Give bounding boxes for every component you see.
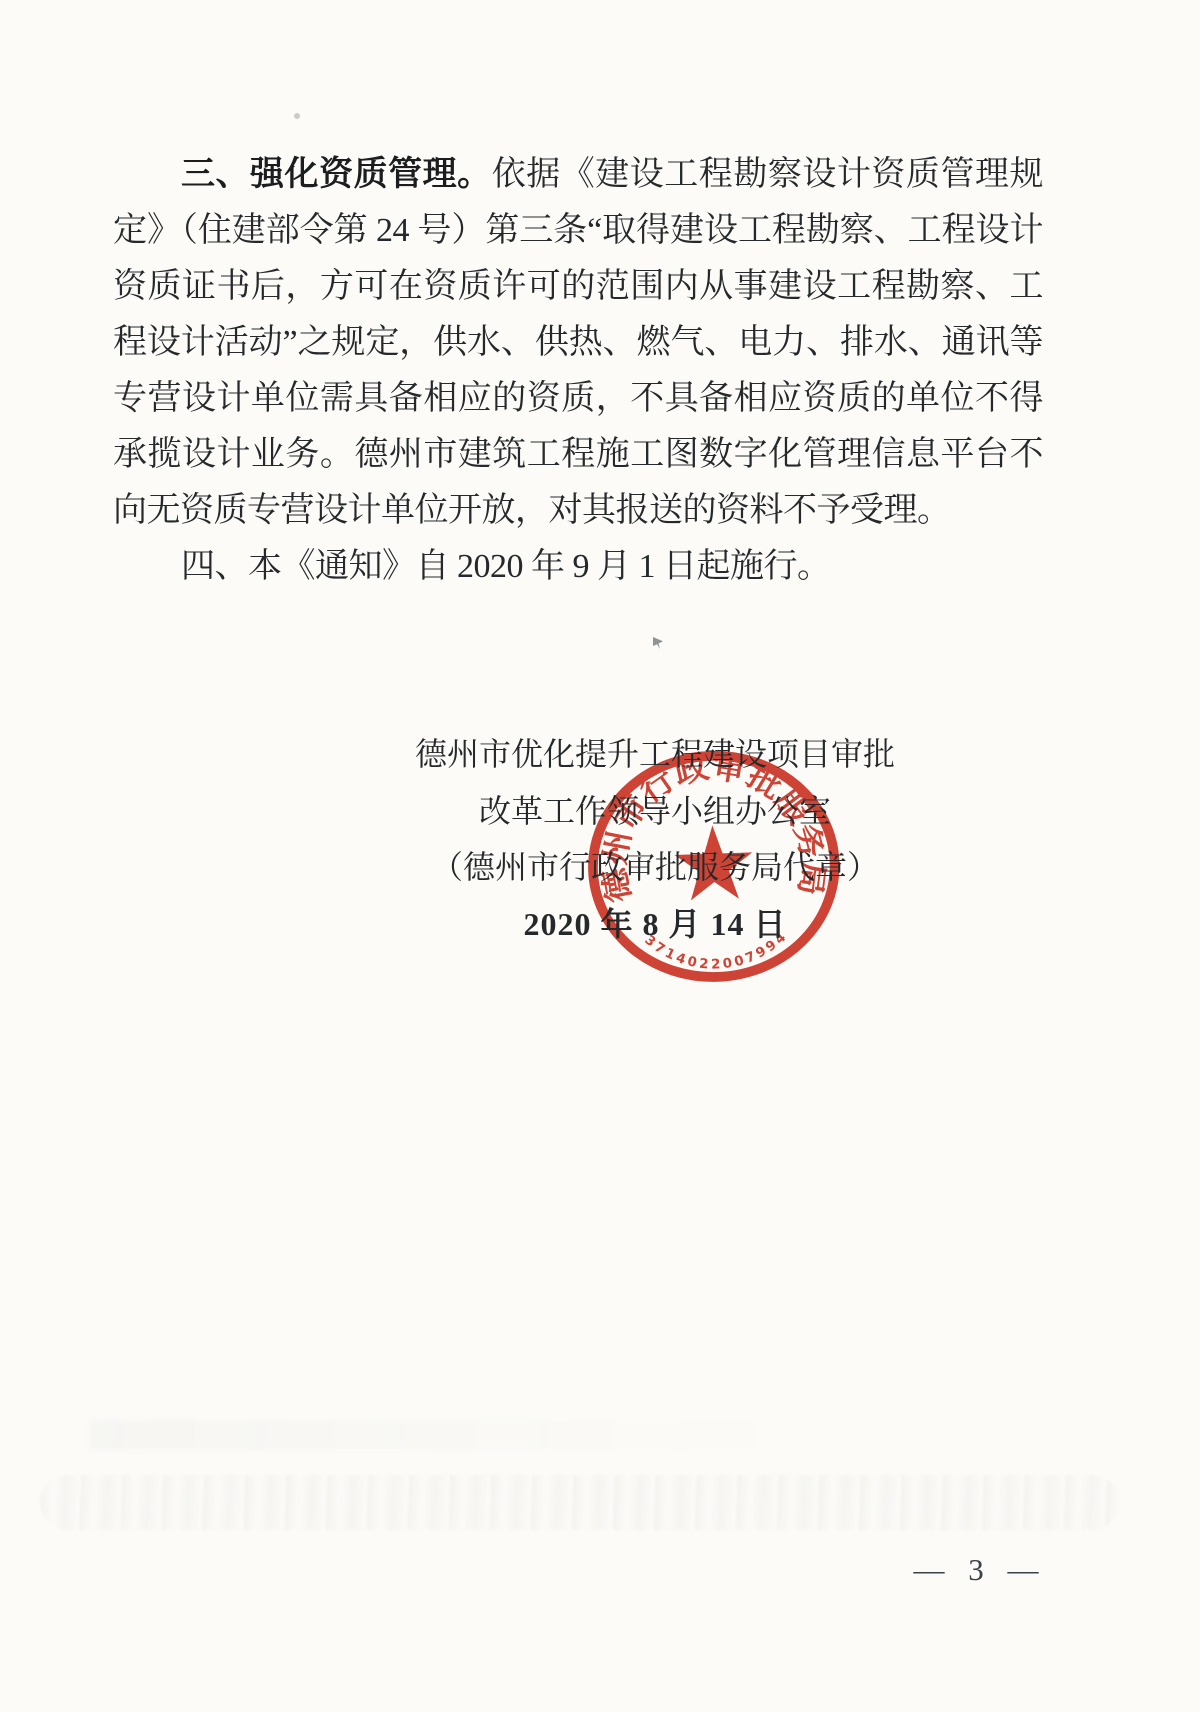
signature-date: 2020 年 8 月 14 日 xyxy=(405,896,905,953)
signature-line-agency: （德州市行政审批服务局代章） xyxy=(405,839,905,896)
scan-smudge-band xyxy=(40,1475,1120,1530)
document-page: 三、强化资质管理。依据《建设工程勘察设计资质管理规定》（住建部令第 24 号）第… xyxy=(0,0,1200,1712)
signature-line-org-2: 改革工作领导小组办公室 xyxy=(405,783,905,840)
scan-speck-small xyxy=(294,113,300,119)
paragraph: 三、强化资质管理。依据《建设工程勘察设计资质管理规定》（住建部令第 24 号）第… xyxy=(113,146,1043,539)
paragraph: 四、本《通知》自 2020 年 9 月 1 日起施行。 xyxy=(113,539,1043,595)
signature-block: 德州市优化提升工程建设项目审批 改革工作领导小组办公室 （德州市行政审批服务局代… xyxy=(405,726,905,952)
signature-line-org-1: 德州市优化提升工程建设项目审批 xyxy=(405,726,905,783)
paragraph-text: 四、本《通知》自 2020 年 9 月 1 日起施行。 xyxy=(181,548,831,585)
body-paragraphs: 三、强化资质管理。依据《建设工程勘察设计资质管理规定》（住建部令第 24 号）第… xyxy=(113,146,1043,595)
scan-speck xyxy=(653,637,663,649)
scan-smudge-soft xyxy=(90,1420,790,1450)
paragraph-heading: 三、强化资质管理。 xyxy=(181,155,492,193)
paragraph-text: 依据《建设工程勘察设计资质管理规定》（住建部令第 24 号）第三条“取得建设工程… xyxy=(113,156,1043,529)
page-number: — 3 — xyxy=(880,1552,1080,1588)
